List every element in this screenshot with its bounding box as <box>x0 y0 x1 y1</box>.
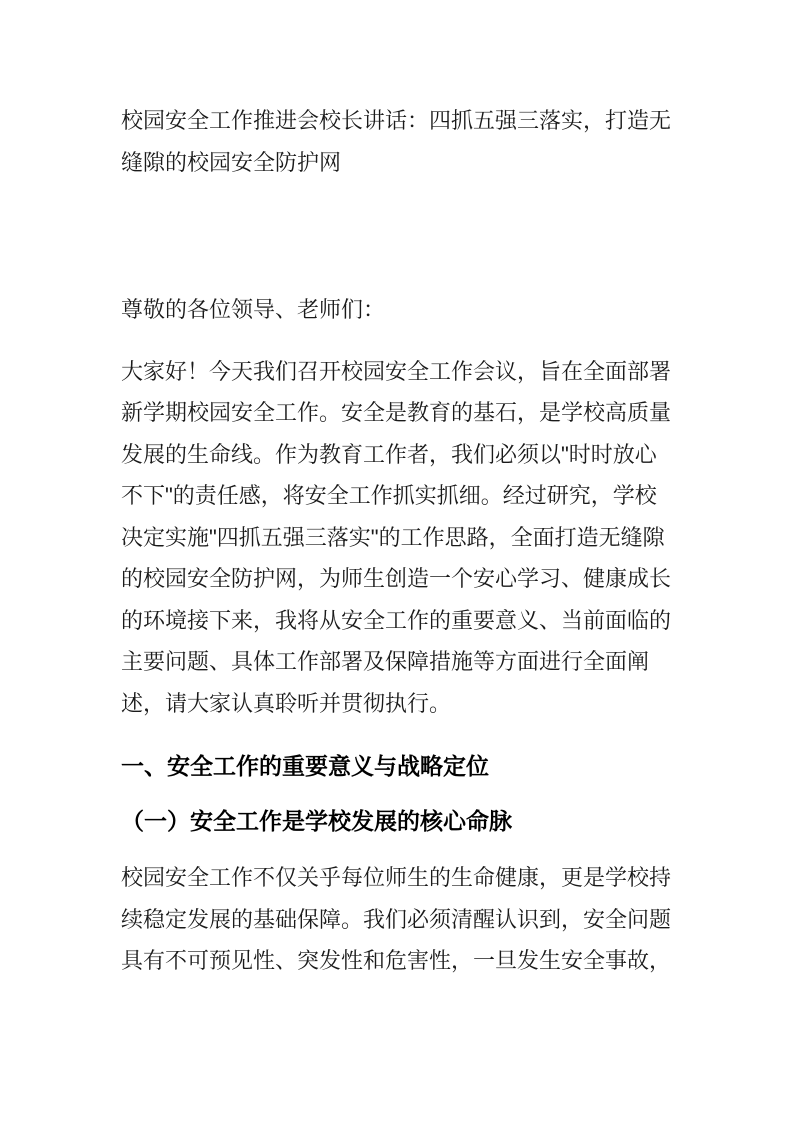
document-page: 校园安全工作推进会校长讲话：四抓五强三落实，打造无缝隙的校园安全防护网 尊敬的各… <box>0 0 793 1122</box>
intro-paragraph: 大家好！今天我们召开校园安全工作会议，旨在全面部署新学期校园安全工作。安全是教育… <box>121 351 677 725</box>
subsection-paragraph-1-1: 校园安全工作不仅关乎每位师生的生命健康，更是学校持续稳定发展的基础保障。我们必须… <box>121 857 677 982</box>
section-heading-1: 一、安全工作的重要意义与战略定位 <box>121 744 677 788</box>
salutation-line: 尊敬的各位领导、老师们： <box>121 289 677 331</box>
document-title: 校园安全工作推进会校长讲话：四抓五强三落实，打造无缝隙的校园安全防护网 <box>121 100 677 183</box>
subsection-heading-1-1: （一）安全工作是学校发展的核心命脉 <box>121 799 677 843</box>
